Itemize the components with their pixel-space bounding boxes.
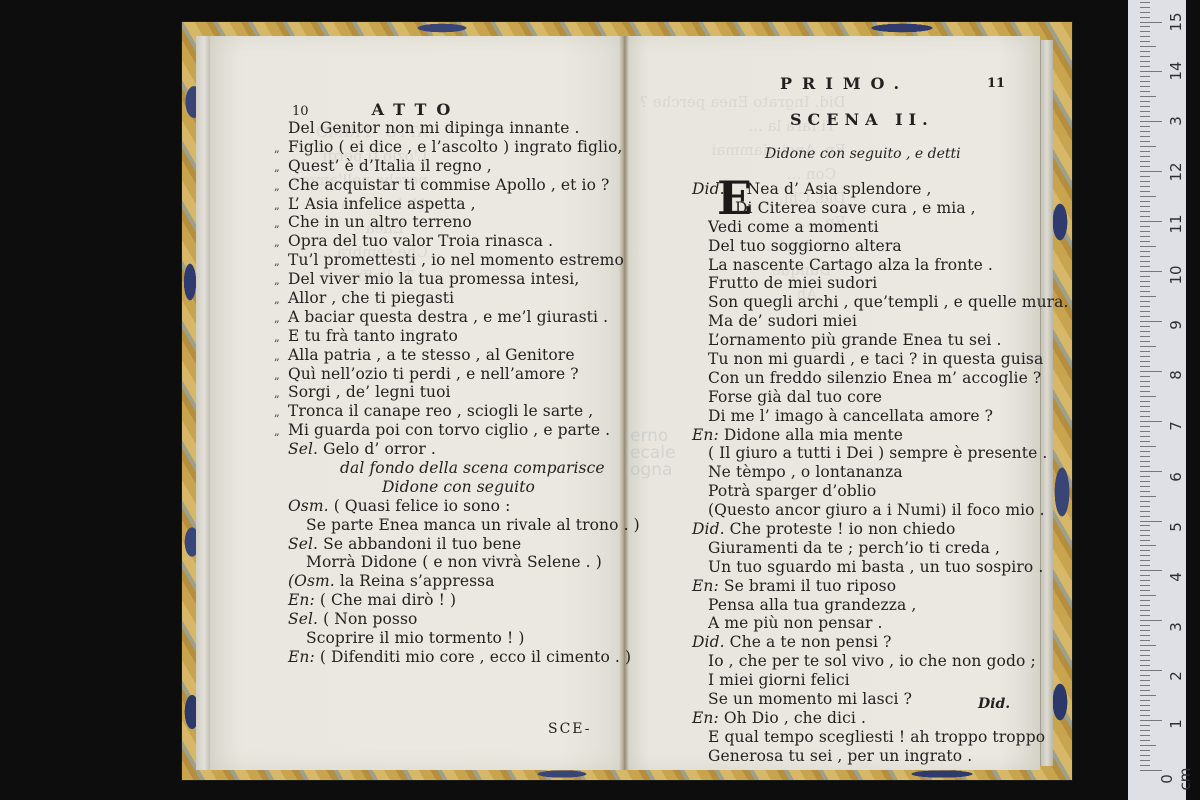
ruler-tick — [1140, 665, 1150, 666]
speaker-label: En: — [692, 709, 719, 727]
ruler-tick — [1140, 471, 1162, 472]
ruler-label: 4 — [1167, 563, 1185, 591]
ruler-tick — [1140, 341, 1150, 342]
line-text: Mi guarda poi con torvo ciglio , e parte… — [288, 421, 610, 439]
stage-direction-line: Didone con seguito — [274, 478, 620, 497]
ruler-tick — [1140, 391, 1150, 392]
ruler-tick — [1140, 431, 1150, 432]
verse-line: Con un freddo silenzio Enea m’ accoglie … — [692, 369, 1037, 388]
line-text: Vedi come a momenti — [708, 218, 879, 236]
ruler-tick — [1140, 675, 1150, 676]
ruler-tick — [1140, 535, 1150, 536]
ruler-tick — [1140, 501, 1150, 502]
line-text: Un tuo sguardo mi basta , un tuo sospiro… — [708, 558, 1043, 576]
ruler-tick — [1140, 481, 1150, 482]
speaker-label: Did. — [692, 520, 725, 538]
ruler-label: 5 — [1167, 513, 1185, 541]
verse-line: Ma de’ sudori miei — [692, 312, 1037, 331]
ruler-tick — [1140, 166, 1150, 167]
ruler-tick — [1140, 111, 1150, 112]
quotation-mark: „ — [274, 159, 288, 178]
ruler-tick — [1140, 56, 1150, 57]
verse-line: Di me l’ imago à cancellata amore ? — [692, 407, 1037, 426]
line-text: Ma de’ sudori miei — [708, 312, 857, 330]
ruler-tick — [1140, 146, 1156, 147]
ruler-tick — [1140, 106, 1150, 107]
ruler-tick — [1140, 251, 1150, 252]
verse-line: Di Citerea soave cura , e mia , — [692, 199, 1037, 218]
ruler-tick — [1140, 600, 1150, 601]
ruler-tick — [1140, 76, 1150, 77]
left-page-text: Del Genitor non mi dipinga innante .„Fig… — [274, 119, 620, 667]
ruler-label: 3 — [1167, 613, 1185, 641]
line-text: ( Che mai dirò ! ) — [315, 591, 456, 609]
verse-line: E qual tempo scegliesti ! ah troppo trop… — [692, 728, 1037, 747]
line-text: A me più non pensar . — [708, 614, 883, 632]
ruler-tick — [1140, 625, 1150, 626]
ruler-tick — [1140, 36, 1150, 37]
verse-line: L’ornamento più grande Enea tu sei . — [692, 331, 1037, 350]
verse-line: Forse già dal tuo core — [692, 388, 1037, 407]
ruler-tick — [1140, 346, 1156, 347]
line-text: Didone con seguito — [382, 478, 535, 496]
verse-line: Potrà sparger d’oblio — [692, 482, 1037, 501]
ruler-tick — [1140, 690, 1150, 691]
verse-line: Sel. ( Non posso — [274, 610, 620, 629]
verse-line: „Figlio ( ei dice , e l’ascolto ) ingrat… — [274, 138, 620, 157]
line-text: Che a te non pensi ? — [725, 633, 892, 651]
line-text: Potrà sparger d’oblio — [708, 482, 876, 500]
right-page-text: Did.Nea d’ Asia splendore ,Di Citerea so… — [692, 180, 1037, 766]
ruler-tick — [1140, 361, 1150, 362]
line-text: Quì nell’ozio ti perdi , e nell’amore ? — [288, 365, 579, 383]
ruler-tick — [1140, 46, 1156, 47]
ruler-tick — [1140, 755, 1150, 756]
ruler-tick — [1140, 516, 1150, 517]
ruler-tick — [1140, 720, 1162, 721]
line-text: (Questo ancor giuro a i Numi) il foco mi… — [708, 501, 1045, 519]
quotation-mark: „ — [274, 178, 288, 197]
ruler-tick — [1140, 131, 1150, 132]
quotation-mark: „ — [274, 310, 288, 329]
ruler-tick — [1140, 211, 1150, 212]
ruler-tick — [1140, 451, 1150, 452]
verse-line: Generosa tu sei , per un ingrato . — [692, 747, 1037, 766]
speaker-label: En: — [288, 648, 315, 666]
ruler-tick — [1140, 491, 1150, 492]
ruler-tick — [1140, 256, 1150, 257]
ruler-tick — [1140, 91, 1150, 92]
ruler-tick — [1140, 241, 1150, 242]
right-page-header: PRIMO. 11 — [780, 74, 1020, 93]
left-page-edge — [196, 36, 211, 770]
speaker-label: Did. — [692, 633, 725, 651]
ruler-tick — [1140, 86, 1150, 87]
ruler-tick — [1140, 695, 1156, 696]
speaker-label: Sel. — [288, 440, 318, 458]
ruler-tick — [1140, 725, 1150, 726]
page-number: 10 — [292, 104, 309, 119]
ruler-tick — [1140, 685, 1150, 686]
ruler-tick — [1140, 276, 1150, 277]
line-text: Forse già dal tuo core — [708, 388, 882, 406]
ruler-tick — [1140, 605, 1150, 606]
ruler-tick — [1140, 31, 1150, 32]
ruler-tick — [1140, 286, 1150, 287]
ruler-tick — [1140, 740, 1150, 741]
verse-line: „Sorgi , de’ legni tuoi — [274, 383, 620, 402]
ruler-tick — [1140, 236, 1150, 237]
ruler-tick — [1140, 486, 1150, 487]
ruler-tick — [1140, 271, 1162, 272]
ruler-tick — [1140, 456, 1150, 457]
ruler-tick — [1140, 645, 1156, 646]
page-number: 11 — [987, 76, 1005, 91]
verse-line: „L’ Asia infelice aspetta , — [274, 195, 620, 214]
ruler-tick — [1140, 291, 1150, 292]
ruler-tick — [1140, 620, 1162, 621]
ruler-tick — [1140, 570, 1162, 571]
verse-line: I miei giorni felici — [692, 671, 1037, 690]
ruler-tick — [1140, 171, 1162, 172]
verse-line: Did.Nea d’ Asia splendore , — [692, 180, 1037, 199]
speaker-label: En: — [692, 426, 719, 444]
ruler-label: 6 — [1167, 463, 1185, 491]
line-text: Che proteste ! io non chiedo — [725, 520, 956, 538]
ruler-tick — [1140, 575, 1150, 576]
ruler-tick — [1140, 116, 1150, 117]
ruler-tick — [1140, 17, 1150, 18]
line-text: Oh Dio , che dici . — [719, 709, 866, 727]
verse-line: Ne tèmpo , o lontananza — [692, 463, 1037, 482]
ruler-tick — [1140, 371, 1162, 372]
ruler-tick — [1140, 141, 1150, 142]
line-text: Tronca il canape reo , sciogli le sarte … — [288, 402, 593, 420]
ruler-tick — [1140, 670, 1162, 671]
line-text: Che in un altro terreno — [288, 213, 472, 231]
ruler-label: 15 — [1167, 8, 1185, 36]
left-page-header: 10 ATTO — [292, 100, 460, 119]
ruler-tick — [1140, 326, 1150, 327]
line-text: Se parte Enea manca un rivale al trono .… — [306, 516, 640, 534]
verse-line: Tu non mi guardi , e taci ? in questa gu… — [692, 350, 1037, 369]
verse-line: „Quì nell’ozio ti perdi , e nell’amore ? — [274, 365, 620, 384]
line-text: Del viver mio la tua promessa intesi, — [288, 270, 579, 288]
ruler-tick — [1140, 466, 1150, 467]
verse-line: Sel. Gelo d’ orror . — [274, 440, 620, 459]
verse-line: „Opra del tuo valor Troia rinasca . — [274, 232, 620, 251]
ruler-tick — [1140, 386, 1150, 387]
ruler-tick — [1140, 151, 1150, 152]
ruler-tick — [1140, 136, 1150, 137]
ruler-label: 0 cm — [1158, 765, 1194, 793]
ruler-tick — [1140, 381, 1150, 382]
ruler-tick — [1140, 585, 1150, 586]
line-text: Alla patria , a te stesso , al Genitore — [288, 346, 575, 364]
line-text: Del tuo soggiorno altera — [708, 237, 902, 255]
line-text: dal fondo della scena comparisce — [340, 459, 605, 477]
ruler-tick — [1140, 22, 1162, 23]
ruler-tick — [1140, 121, 1162, 122]
ruler-tick — [1140, 735, 1150, 736]
ruler-tick — [1140, 26, 1150, 27]
ruler-tick — [1140, 655, 1150, 656]
quotation-mark: „ — [274, 140, 288, 159]
ruler-tick — [1140, 376, 1150, 377]
line-text: Se un momento mi lasci ? — [708, 690, 912, 708]
ruler-tick — [1140, 296, 1156, 297]
line-text: Di me l’ imago à cancellata amore ? — [708, 407, 993, 425]
ruler-tick — [1140, 186, 1150, 187]
ruler-tick — [1140, 396, 1156, 397]
quotation-mark: „ — [274, 348, 288, 367]
verse-line: „Mi guarda poi con torvo ciglio , e part… — [274, 421, 620, 440]
ruler-tick — [1140, 421, 1162, 422]
verse-line: „Allor , che ti piegasti — [274, 289, 620, 308]
ruler-tick — [1140, 176, 1150, 177]
ruler-tick — [1140, 71, 1162, 72]
verse-line: En: ( Difenditi mio core , ecco il cimen… — [274, 648, 620, 667]
verse-line: Frutto de miei sudori — [692, 274, 1037, 293]
speaker-label: Osm. — [288, 497, 329, 515]
ruler-tick — [1140, 411, 1150, 412]
line-text: Didone alla mia mente — [719, 426, 903, 444]
speaker-label: En: — [288, 591, 315, 609]
ruler-tick — [1140, 61, 1150, 62]
line-text: la Reina s’appressa — [335, 572, 495, 590]
ruler-tick — [1140, 196, 1156, 197]
line-text: Giuramenti da te ; perch’io ti creda , — [708, 539, 1000, 557]
verse-line: Son quegli archi , que’templi , e quelle… — [692, 293, 1037, 312]
ruler-tick — [1140, 216, 1150, 217]
ruler-tick — [1140, 550, 1150, 551]
line-text: I miei giorni felici — [708, 671, 850, 689]
ruler-tick — [1140, 321, 1162, 322]
ruler-tick — [1140, 540, 1150, 541]
ruler-label: 8 — [1167, 361, 1185, 389]
verse-line: (Questo ancor giuro a i Numi) il foco mi… — [692, 501, 1037, 520]
ruler-tick — [1140, 2, 1150, 3]
ruler-tick — [1140, 511, 1150, 512]
ruler-label: 11 — [1167, 210, 1185, 238]
ruler-tick — [1140, 81, 1150, 82]
ruler-tick — [1140, 595, 1156, 596]
verse-line: Se parte Enea manca un rivale al trono .… — [274, 516, 620, 535]
measurement-ruler: 0 cm12345678910111231415 — [1128, 0, 1186, 800]
ruler-tick — [1140, 401, 1150, 402]
ruler-tick — [1140, 41, 1150, 42]
ruler-tick — [1140, 580, 1150, 581]
ruler-tick — [1140, 231, 1150, 232]
ruler-tick — [1140, 266, 1150, 267]
ruler-tick — [1140, 745, 1156, 746]
ruler-tick — [1140, 206, 1150, 207]
line-text: ( Il giuro a tutti i Dei ) sempre è pres… — [708, 444, 1047, 462]
ruler-label: 7 — [1167, 412, 1185, 440]
verse-line: „Che in un altro terreno — [274, 213, 620, 232]
line-text: Io , che per te sol vivo , io che non go… — [708, 652, 1036, 670]
line-text: Nea d’ Asia splendore , — [747, 180, 932, 198]
ruler-tick — [1140, 521, 1162, 522]
line-text: E qual tempo scegliesti ! ah troppo trop… — [708, 728, 1045, 746]
verse-line: „A baciar questa destra , e me’l giurast… — [274, 308, 620, 327]
line-text: Opra del tuo valor Troia rinasca . — [288, 232, 553, 250]
ruler-tick — [1140, 545, 1156, 546]
verse-line: En: ( Che mai dirò ! ) — [274, 591, 620, 610]
verse-line: Osm. ( Quasi felice io sono : — [274, 497, 620, 516]
ruler-tick — [1140, 221, 1162, 222]
ruler-tick — [1140, 306, 1150, 307]
ruler-tick — [1140, 506, 1150, 507]
line-text: ( Non posso — [318, 610, 417, 628]
verse-line: Did. Che proteste ! io non chiedo — [692, 520, 1037, 539]
catchword: Did. — [978, 696, 1010, 712]
line-text: Quest’ è d’Italia il regno , — [288, 157, 492, 175]
line-text: Tu’l promettesti , io nel momento estrem… — [288, 251, 624, 269]
verse-line: Un tuo sguardo mi basta , un tuo sospiro… — [692, 558, 1037, 577]
ruler-tick — [1140, 461, 1150, 462]
verse-line: Giuramenti da te ; perch’io ti creda , — [692, 539, 1037, 558]
line-text: Frutto de miei sudori — [708, 274, 877, 292]
verse-line: Morrà Didone ( e non vivrà Selene . ) — [274, 553, 620, 572]
ruler-tick — [1140, 331, 1150, 332]
speaker-label: Sel. — [288, 610, 318, 628]
scene-heading: SCENA II. — [790, 110, 934, 129]
line-text: Generosa tu sei , per un ingrato . — [708, 747, 972, 765]
ruler-tick — [1140, 565, 1150, 566]
ruler-tick — [1140, 610, 1150, 611]
ruler-tick — [1140, 416, 1150, 417]
running-head: ATTO — [372, 100, 461, 119]
line-text: L’ornamento più grande Enea tu sei . — [708, 331, 1002, 349]
verse-line: Del Genitor non mi dipinga innante . — [274, 119, 620, 138]
line-text: Son quegli archi , que’templi , e quelle… — [708, 293, 1069, 311]
ruler-label: 14 — [1167, 57, 1185, 85]
ruler-label: 9 — [1167, 311, 1185, 339]
verse-line: En: Se brami il tuo riposo — [692, 577, 1037, 596]
ruler-tick — [1140, 356, 1150, 357]
verse-line: „Tronca il canape reo , sciogli le sarte… — [274, 402, 620, 421]
ruler-label: 10 — [1167, 261, 1185, 289]
verse-line: A me più non pensar . — [692, 614, 1037, 633]
ruler-tick — [1140, 7, 1150, 8]
ruler-tick — [1140, 700, 1150, 701]
verse-line: ( Il giuro a tutti i Dei ) sempre è pres… — [692, 444, 1037, 463]
ruler-tick — [1140, 560, 1150, 561]
ruler-tick — [1140, 525, 1150, 526]
verse-line: „Tu’l promettesti , io nel momento estre… — [274, 251, 620, 270]
ruler-tick — [1140, 12, 1150, 13]
line-text: Morrà Didone ( e non vivrà Selene . ) — [306, 553, 602, 571]
ruler-tick — [1140, 301, 1150, 302]
ruler-tick — [1140, 635, 1150, 636]
ruler-tick — [1140, 366, 1150, 367]
ruler-label: 12 — [1167, 158, 1185, 186]
verse-line: „Alla patria , a te stesso , al Genitore — [274, 346, 620, 365]
line-text: Che acquistar ti commise Apollo , et io … — [288, 176, 609, 194]
verse-line: La nascente Cartago alza la fronte . — [692, 256, 1037, 275]
verse-line: Vedi come a momenti — [692, 218, 1037, 237]
stage-direction: Didone con seguito , e detti — [765, 146, 961, 162]
line-text: Pensa alla tua grandezza , — [708, 596, 916, 614]
ruler-tick — [1140, 181, 1150, 182]
ruler-tick — [1140, 191, 1150, 192]
line-text: L’ Asia infelice aspetta , — [288, 195, 476, 213]
ruler-tick — [1140, 426, 1150, 427]
ruler-tick — [1140, 351, 1150, 352]
line-text: Con un freddo silenzio Enea m’ accoglie … — [708, 369, 1041, 387]
ruler-tick — [1140, 590, 1150, 591]
verse-line: Did. Che a te non pensi ? — [692, 633, 1037, 652]
ruler-tick — [1140, 446, 1156, 447]
ruler-tick — [1140, 156, 1150, 157]
ruler-tick — [1140, 436, 1150, 437]
ruler-tick — [1140, 476, 1150, 477]
running-head: PRIMO. — [780, 74, 909, 93]
ruler-tick — [1140, 750, 1150, 751]
ruler-tick — [1140, 161, 1150, 162]
ruler-tick — [1140, 710, 1150, 711]
verse-line: „Del viver mio la tua promessa intesi, — [274, 270, 620, 289]
ruler-tick — [1140, 336, 1150, 337]
ruler-tick — [1140, 630, 1150, 631]
verse-line: Del tuo soggiorno altera — [692, 237, 1037, 256]
verse-line: En: Didone alla mia mente — [692, 426, 1037, 445]
line-text: ( Quasi felice io sono : — [329, 497, 511, 515]
ruler-tick — [1140, 715, 1150, 716]
ruler-tick — [1140, 406, 1150, 407]
ruler-tick — [1140, 760, 1150, 761]
ruler-tick — [1140, 226, 1150, 227]
ruler-tick — [1140, 101, 1150, 102]
line-text: La nascente Cartago alza la fronte . — [708, 256, 993, 274]
ruler-label: 2 — [1167, 662, 1185, 690]
speaker-label: (Osm. — [288, 572, 335, 590]
ruler-tick — [1140, 680, 1150, 681]
line-text: Gelo d’ orror . — [318, 440, 436, 458]
line-text: Tu non mi guardi , e taci ? in questa gu… — [708, 350, 1043, 368]
ruler-tick — [1140, 705, 1150, 706]
ruler-tick — [1140, 281, 1150, 282]
stage-direction-line: dal fondo della scena comparisce — [274, 459, 620, 478]
ruler-label: 1 — [1167, 710, 1185, 738]
line-text: Scoprire il mio tormento ! ) — [306, 629, 525, 647]
ruler-tick — [1140, 66, 1150, 67]
speaker-label: Sel. — [288, 535, 318, 553]
line-text: A baciar questa destra , e me’l giurasti… — [288, 308, 608, 326]
verse-line: (Osm. la Reina s’appressa — [274, 572, 620, 591]
line-text: ( Difenditi mio core , ecco il cimento .… — [315, 648, 631, 666]
ruler-tick — [1140, 650, 1150, 651]
line-text: Ne tèmpo , o lontananza — [708, 463, 903, 481]
speaker-label: En: — [692, 577, 719, 595]
line-text: Se brami il tuo riposo — [719, 577, 896, 595]
ruler-tick — [1140, 640, 1150, 641]
verse-line: Sel. Se abbandoni il tuo bene — [274, 535, 620, 554]
line-text: Del Genitor non mi dipinga innante . — [288, 119, 580, 137]
right-page-edge — [1040, 40, 1053, 766]
ruler-tick — [1140, 96, 1156, 97]
line-text: Figlio ( ei dice , e l’ascolto ) ingrato… — [288, 138, 623, 156]
line-text: Allor , che ti piegasti — [288, 289, 454, 307]
ruler-tick — [1140, 246, 1156, 247]
line-text: E tu frà tanto ingrato — [288, 327, 458, 345]
verse-line: Scoprire il mio tormento ! ) — [274, 629, 620, 648]
line-text: Di Citerea soave cura , e mia , — [735, 199, 976, 217]
ruler-tick — [1140, 765, 1150, 766]
library-stamp: erno ecale ogna — [630, 428, 675, 479]
ruler-tick — [1140, 316, 1150, 317]
